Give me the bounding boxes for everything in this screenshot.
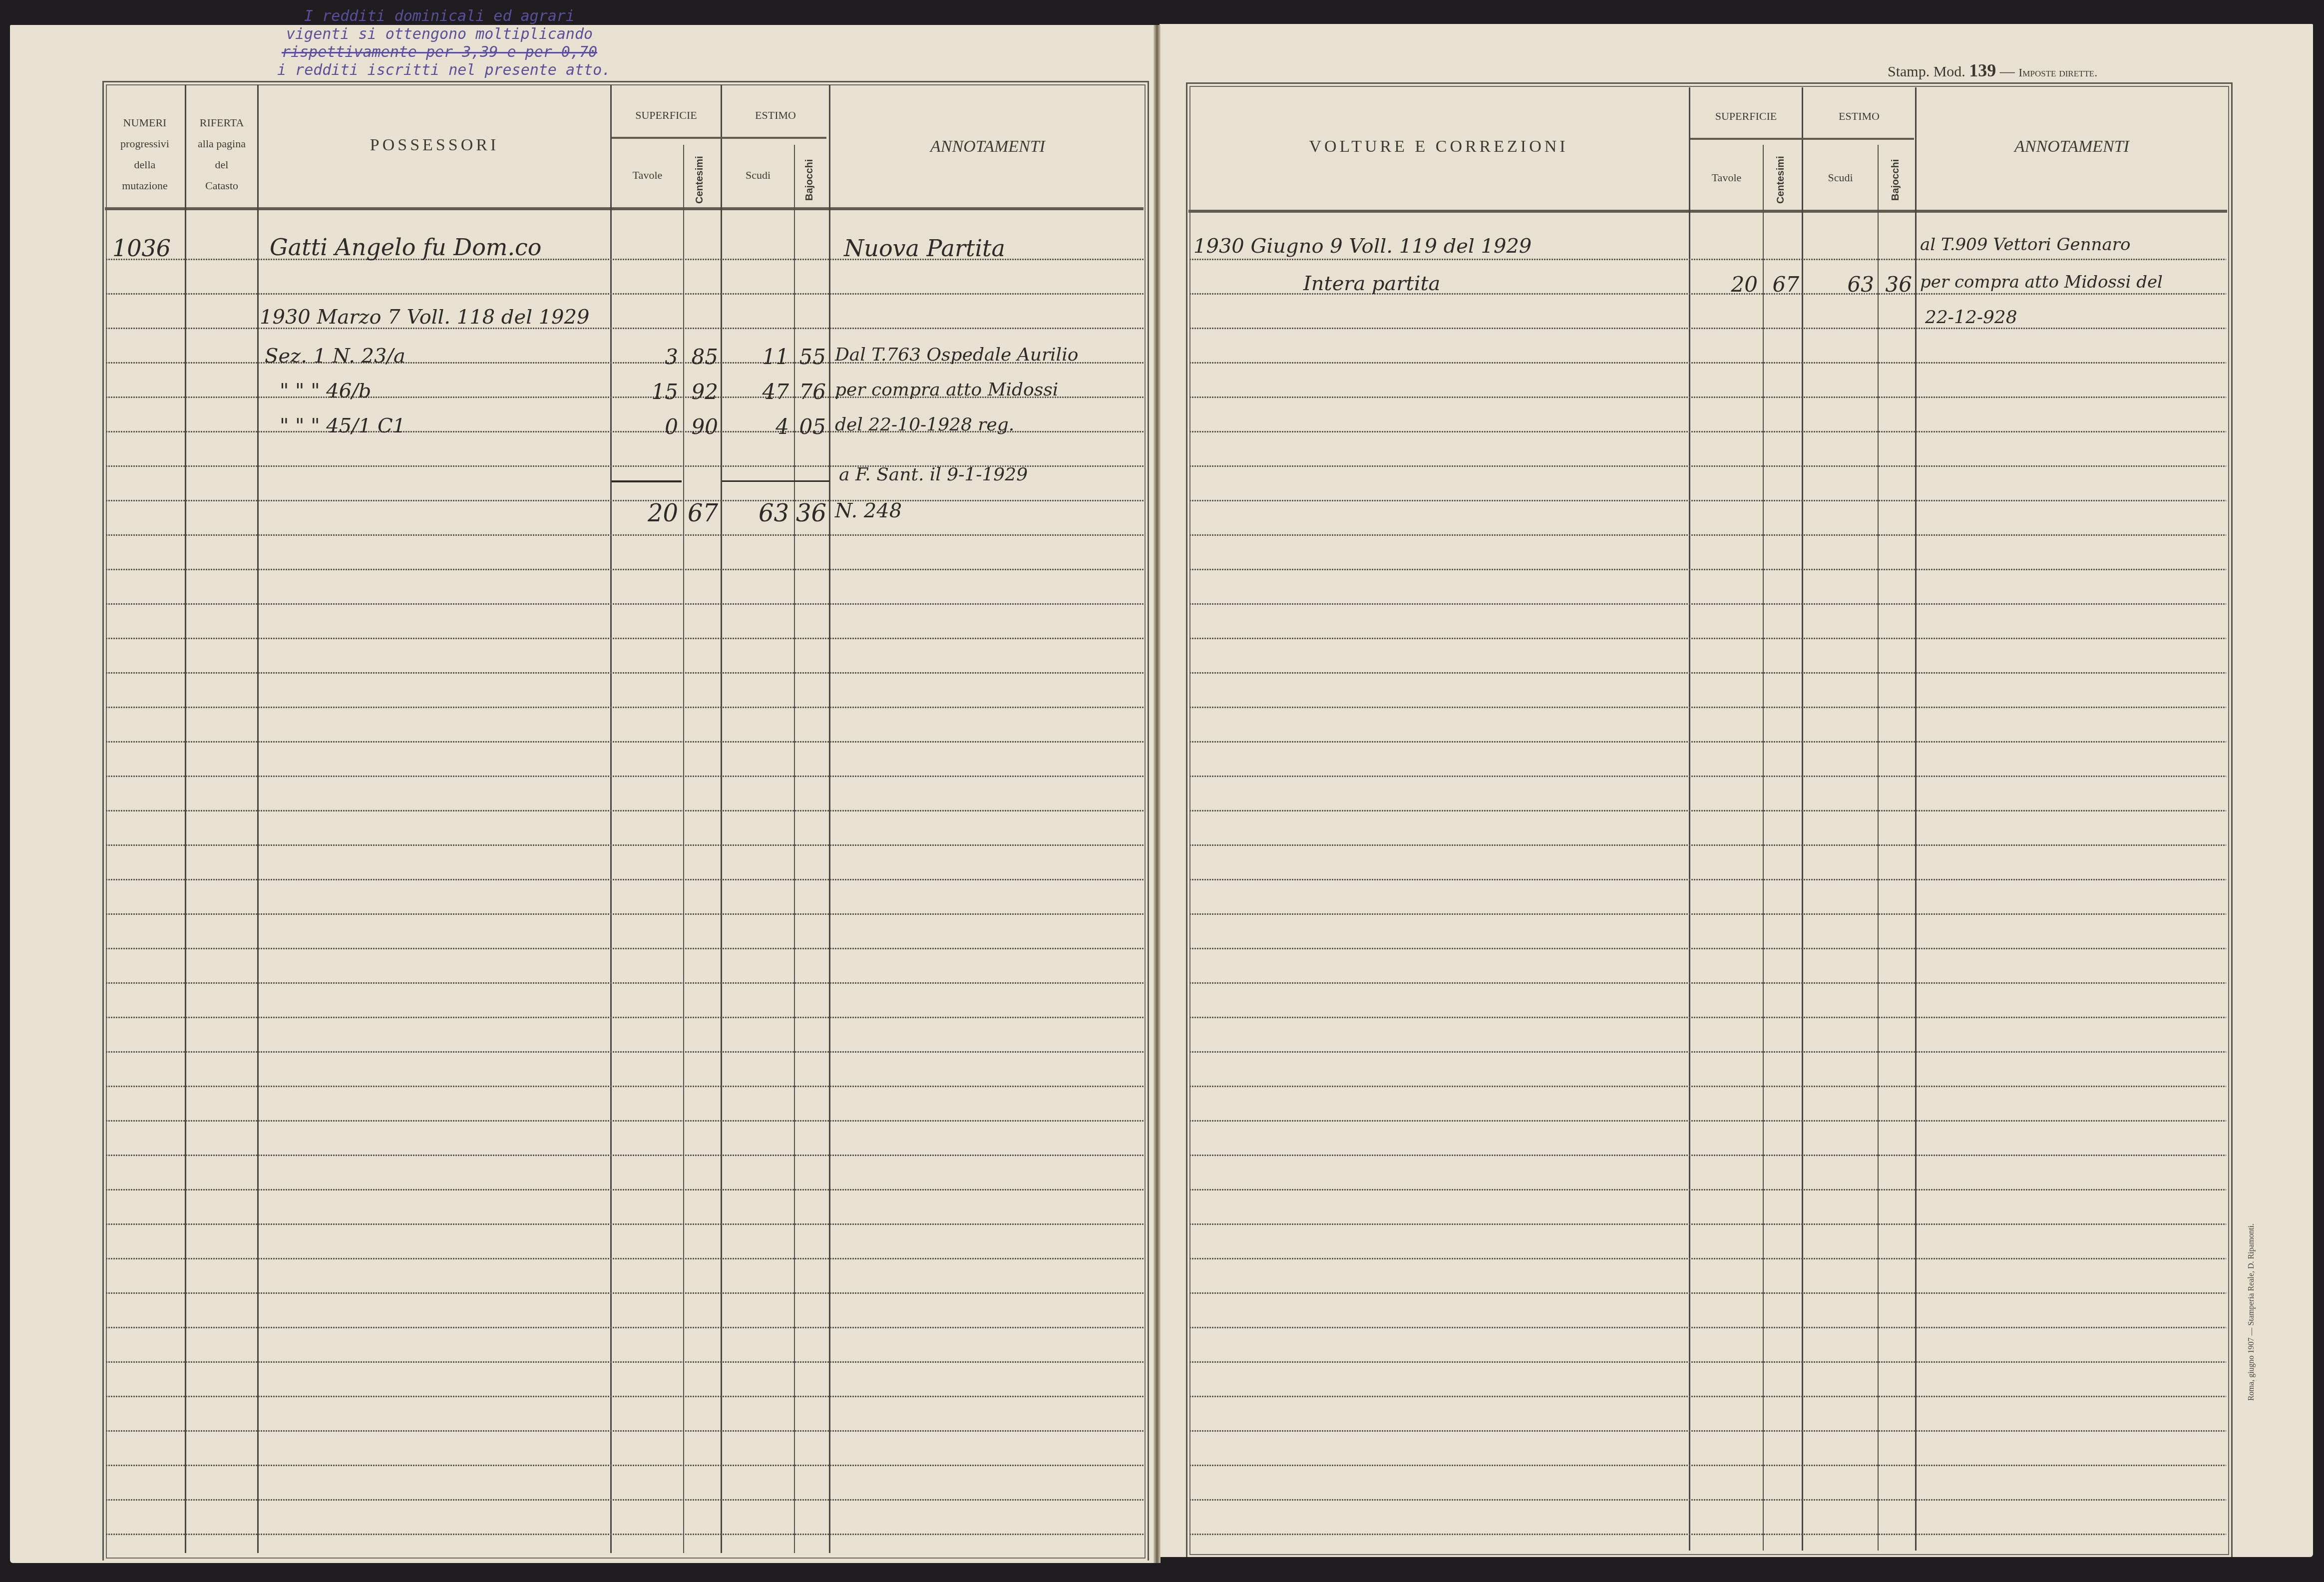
ruled-row-line [1189,603,2226,605]
header-annotamenti: ANNOTAMENTI [830,137,1145,156]
ruled-row-line [1189,569,2226,570]
ruled-row-line [1189,1223,2226,1225]
tavole-value: 20 [1695,272,1758,297]
ruled-row-line [106,1327,1145,1328]
scudi-value: 47 [724,380,789,404]
header-numeri: NUMERI progressivi della mutazione [105,112,185,196]
tavole-value: 15 [619,380,678,404]
ruled-row-line [106,1258,1145,1259]
ruled-row-line [106,1396,1145,1397]
ruled-row-line [1189,1120,2226,1122]
header-centesimi: Centesimi [1775,155,1787,205]
ruled-row-line [1189,431,2226,432]
ruled-row-line [1189,1155,2226,1156]
subheader-rule [1690,138,1914,140]
total-bajocchi: 36 [796,499,826,527]
ruled-row-line [1189,1327,2226,1328]
ruled-row-line [1189,1465,2226,1466]
ruled-row-line [106,776,1145,777]
annotation-line: Nuova Partita [844,235,1005,262]
left-header-rule [105,207,1144,210]
ruled-row-line [1189,534,2226,536]
ruled-row-line [1189,879,2226,880]
ruled-row-line [1189,328,2226,329]
sum-rule [722,480,829,482]
centesimi-value: 92 [685,380,718,404]
ruled-row-line [1189,776,2226,777]
ruled-row-line [106,1430,1145,1432]
header-volture: VOLTURE E CORREZIONI [1188,137,1689,156]
header-line: alla pagina [186,133,257,154]
income-multiplier-stamp: I redditi dominicali ed agrari vigenti s… [277,7,602,79]
volture-line: Intera partita [1303,272,1440,295]
ruled-row-line [1189,638,2226,639]
annotation-line: del 22-10-1928 reg. [835,414,1014,435]
header-scudi: Scudi [1803,167,1878,188]
book-gutter [1154,25,1161,1563]
header-line: mutazione [105,175,185,196]
header-line: del [186,154,257,175]
header-possessori: POSSESSORI [259,136,610,155]
mutation-number: 1036 [112,235,171,262]
header-tavole: Tavole [612,165,683,186]
ruled-row-line [1189,362,2226,364]
header-centesimi: Centesimi [694,155,706,205]
ruled-row-line [106,741,1145,743]
stamp-line: I redditi dominicali ed agrari [277,7,602,25]
form-model-header: Stamp. Mod. 139 — Imposte dirette. [1888,60,2097,81]
owner-name: Gatti Angelo fu Dom.co [270,234,542,261]
col-divider [683,145,684,1553]
total-centesimi: 67 [685,499,718,527]
header-line: Catasto [186,175,257,196]
header-bajocchi: Bajocchi [1890,155,1902,205]
ruled-row-line [106,948,1145,949]
ruled-row-line [1189,810,2226,811]
ruled-row-line [106,293,1145,295]
ruled-row-line [106,1051,1145,1053]
bajocchi-value: 55 [796,345,826,369]
ruled-row-line [106,1017,1145,1018]
total-scudi: 63 [724,499,789,527]
header-riferta: RIFERTA alla pagina del Catasto [186,112,257,196]
ruled-row-line [106,1292,1145,1294]
transfer-line: 1930 Marzo 7 Voll. 118 del 1929 [260,306,589,329]
annotation-line: Dal T.763 Ospedale Aurilio [835,345,1078,365]
model-label: Stamp. Mod. [1888,63,1965,80]
ruled-row-line [1189,672,2226,674]
ruled-row-line [106,534,1145,536]
annotation-line: 22-12-928 [1925,307,2017,328]
ruled-row-line [1189,982,2226,984]
header-line: NUMERI [105,112,185,133]
col-divider [1689,87,1690,1551]
header-bajocchi: Bajocchi [804,155,815,205]
ruled-row-line [1189,1361,2226,1363]
ruled-row-line [106,982,1145,984]
ruled-row-line [106,810,1145,811]
header-estimo: ESTIMO [722,105,829,126]
volture-line: 1930 Giugno 9 Voll. 119 del 1929 [1193,235,1532,258]
ruled-row-line [1189,1534,2226,1535]
ruled-row-line [1189,913,2226,915]
parcel-label: " " " 46/b [280,380,371,402]
col-divider [794,145,795,1553]
header-annotamenti: ANNOTAMENTI [1917,137,2227,156]
col-divider [1763,145,1764,1551]
ruled-row-line [1189,948,2226,949]
ruled-row-line [1189,707,2226,708]
ruled-row-line [1189,1086,2226,1087]
ruled-row-line [106,1534,1145,1535]
col-divider [610,85,612,1553]
stamp-line: rispettivamente per 3,39 e per 0,70 [277,43,602,61]
parcel-label: Sez. 1 N. 23/a [265,345,405,368]
dash: — [2000,63,2015,80]
right-table-frame [1186,82,2233,1557]
ruled-row-line [1189,1430,2226,1432]
ruled-row-line [106,1086,1145,1087]
header-scudi: Scudi [722,165,794,186]
centesimi-value: 85 [685,345,718,369]
sum-rule [612,480,682,482]
ruled-row-line [106,638,1145,639]
ruled-row-line [106,913,1145,915]
ruled-row-line [1189,1051,2226,1053]
ruled-row-line [1189,1292,2226,1294]
annotation-line: a F. Sant. il 9-1-1929 [839,464,1028,485]
scudi-value: 4 [724,414,789,439]
subheader-rule [612,137,826,139]
model-number: 139 [1969,60,1996,80]
ruled-row-line [106,1499,1145,1501]
tavole-value: 3 [619,345,678,369]
ruled-row-line [106,844,1145,846]
ruled-row-line [106,1155,1145,1156]
header-superficie: SUPERFICIE [612,105,721,126]
scudi-value: 11 [724,345,789,369]
annotation-line: per compra atto Midossi del [1920,272,2163,292]
stamp-line: vigenti si ottengono moltiplicando [277,25,602,43]
col-divider [257,85,259,1553]
ruled-row-line [1189,500,2226,501]
stamp-line: i redditi iscritti nel presente atto. [277,61,602,79]
total-tavole: 20 [619,499,678,527]
annotation-line: al T.909 Vettori Gennaro [1920,235,2131,255]
header-estimo: ESTIMO [1803,106,1915,127]
ruled-row-line [106,603,1145,605]
centesimi-value: 90 [685,414,718,439]
ruled-row-line [106,1361,1145,1363]
annotation-line: N. 248 [835,499,902,522]
bajocchi-value: 05 [796,414,826,439]
col-divider [721,85,722,1553]
header-line: RIFERTA [186,112,257,133]
col-divider [1878,145,1879,1551]
printer-imprint: Roma, giugno 1907 — Stamperia Reale, D. … [2247,1223,2256,1401]
centesimi-value: 67 [1765,272,1799,297]
bajocchi-value: 36 [1880,272,1912,297]
ruled-row-line [106,569,1145,570]
ruled-row-line [106,707,1145,708]
ruled-row-line [106,1465,1145,1466]
ruled-row-line [1189,1189,2226,1190]
ruled-row-line [106,1120,1145,1122]
header-line: progressivi [105,133,185,154]
ruled-row-line [1189,844,2226,846]
col-divider [1915,87,1917,1551]
scudi-value: 63 [1805,272,1874,297]
ruled-row-line [1189,1499,2226,1501]
parcel-label: " " " 45/1 C1 [280,414,405,437]
header-tavole: Tavole [1690,167,1763,188]
ruled-row-line [106,1189,1145,1190]
col-divider [1802,87,1803,1551]
ruled-row-line [1189,465,2226,467]
tavole-value: 0 [619,414,678,439]
ruled-row-line [1189,1258,2226,1259]
ruled-row-line [106,672,1145,674]
ruled-row-line [1189,1396,2226,1397]
col-divider [185,85,186,1553]
left-table-frame [102,81,1149,1561]
ruled-row-line [106,1223,1145,1225]
ruled-row-line [1189,259,2226,260]
ruled-row-line [1189,1017,2226,1018]
col-divider [829,85,830,1553]
annotation-line: per compra atto Midossi [835,380,1058,400]
header-line: della [105,154,185,175]
header-superficie: SUPERFICIE [1690,106,1802,127]
form-category: Imposte dirette. [2018,66,2097,79]
right-header-rule [1188,210,2227,213]
ruled-row-line [1189,741,2226,743]
ruled-row-line [1189,396,2226,398]
bajocchi-value: 76 [796,380,826,404]
ruled-row-line [106,879,1145,880]
